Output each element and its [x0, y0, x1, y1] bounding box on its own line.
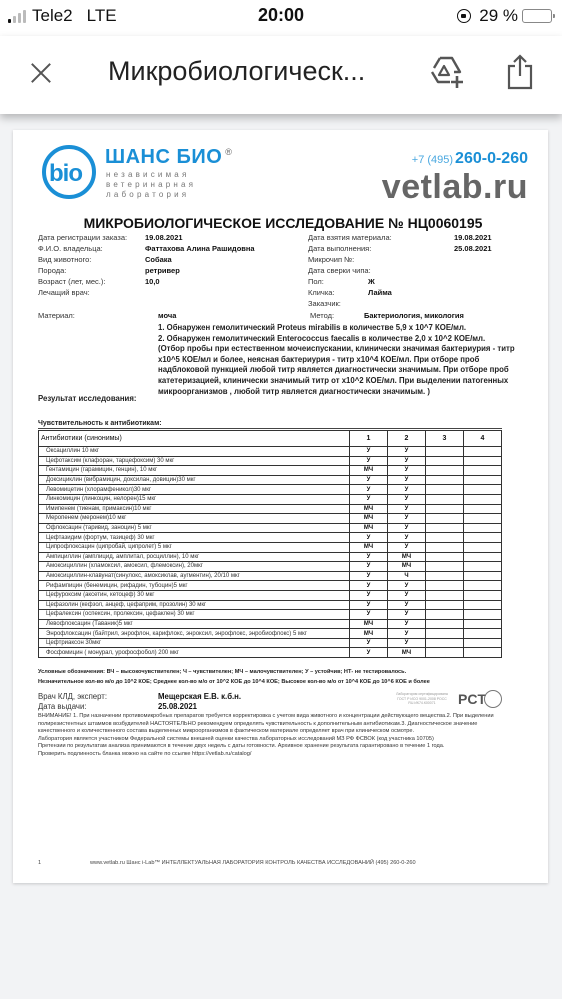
add-to-drive-icon[interactable]: [428, 56, 468, 90]
sensitivity-cell: У: [350, 475, 388, 485]
brand-subtitle-line: независимая: [106, 170, 196, 180]
brand-subtitle: независимая ветеринарная лаборатория: [106, 170, 196, 200]
note-fsvok: Лаборатория является участником Федераль…: [38, 736, 506, 744]
info-label: Пол:: [308, 276, 368, 287]
antibiotic-name: Левомицетин (хлорамфеникол)30 мкг: [39, 485, 350, 495]
brand-name-text: ШАНС БИО: [105, 146, 222, 168]
sensitivity-cell: [426, 610, 464, 620]
brand-subtitle-line: лаборатория: [106, 190, 196, 200]
info-label: Лечащий врач:: [38, 287, 145, 298]
sample-info: Дата взятия материала:19.08.2021Дата вып…: [308, 232, 492, 309]
registered-mark: ®: [225, 147, 232, 157]
antibiotic-name: Ампициллин (амплицид, амплитал, росцилли…: [39, 552, 350, 562]
sensitivity-cell: [426, 494, 464, 504]
antibiotic-name: Цефтриаксон 30мкг: [39, 638, 350, 648]
material-value: моча: [158, 311, 176, 320]
antibiotic-name: Цефалексин (оспексин, пролексин, цефакле…: [39, 610, 350, 620]
antibiotic-name: Меропенем (меронем)10 мкг: [39, 514, 350, 524]
sensitivity-cell: У: [388, 533, 426, 543]
antibiotic-name: Цефазолин (кефзол, анцеф, цефаприм, проз…: [39, 600, 350, 610]
notes: ВНИМАНИЕ! 1. При назначении противомикро…: [38, 713, 506, 759]
info-row: Возраст (лет, мес.):10,0: [38, 276, 255, 287]
result-line: (Отбор пробы при естественном мочеиспуск…: [158, 344, 528, 397]
info-label: Возраст (лет, мес.):: [38, 276, 145, 287]
info-label: Заказчик:: [308, 298, 454, 309]
antibiotic-name: Энрофлоксацин (байтрил, энрофлон, карифл…: [39, 629, 350, 639]
phone-number: 260-0-260: [455, 150, 528, 167]
sensitivity-cell: У: [350, 562, 388, 572]
info-label: Кличка:: [308, 287, 368, 298]
doctor-label: Врач КЛД, эксперт:: [38, 692, 158, 702]
method-value: Бактериология, микология: [364, 311, 464, 320]
sensitivity-cell: У: [350, 648, 388, 658]
sensitivity-cell: У: [388, 600, 426, 610]
info-value: 19.08.2021: [454, 232, 492, 243]
note-warning: ВНИМАНИЕ! 1. При назначении противомикро…: [38, 713, 506, 736]
sensitivity-cell: [426, 562, 464, 572]
sensitivity-cell: МЧ: [350, 629, 388, 639]
pdf-viewer[interactable]: bio ШАНС БИО® независимая ветеринарная л…: [0, 114, 562, 999]
info-label: Микрочип №:: [308, 254, 454, 265]
sensitivity-cell: [464, 619, 502, 629]
table-row: Оксациллин 10 мкгУУ: [39, 447, 502, 457]
column-header-2: 2: [388, 431, 426, 447]
info-row: Микрочип №:: [308, 254, 492, 265]
antibiotic-name: Линкомицин (линкоцин, нелорен)15 мкг: [39, 494, 350, 504]
sensitivity-cell: У: [350, 494, 388, 504]
table-row: Меропенем (меронем)10 мкгМЧУ: [39, 514, 502, 524]
doctor-value: Мещерская Е.В. к.б.н.: [158, 692, 241, 702]
sensitivity-cell: У: [388, 590, 426, 600]
logo-text: bio: [49, 160, 82, 188]
sensitivity-cell: [464, 504, 502, 514]
report-title: МИКРОБИОЛОГИЧЕСКОЕ ИССЛЕДОВАНИЕ № НЦ0060…: [38, 215, 528, 231]
info-row: Дата сверки чипа:: [308, 265, 492, 276]
sensitivity-cell: У: [350, 571, 388, 581]
brand-subtitle-line: ветеринарная: [106, 180, 196, 190]
table-row: Ципрофлоксацин (ципробай, ципролет) 5 мк…: [39, 542, 502, 552]
info-value: 25.08.2021: [454, 243, 492, 254]
info-row: Порода:ретривер: [38, 265, 255, 276]
sensitivity-cell: МЧ: [350, 523, 388, 533]
sensitivity-cell: У: [350, 581, 388, 591]
sensitivity-cell: [464, 610, 502, 620]
table-row: Цефтазидим (фортум, тазицеф) 30 мкгУУ: [39, 533, 502, 543]
sensitivity-cell: МЧ: [388, 648, 426, 658]
sensitivity-cell: [464, 590, 502, 600]
sensitivity-cell: [426, 648, 464, 658]
legend-quantities: Незначительное кол-во м/о до 10^2 КОЕ; С…: [38, 677, 430, 687]
column-header-antibiotic: Антибиотики (синонимы): [39, 431, 350, 447]
info-label: Дата регистрации заказа:: [38, 232, 145, 243]
column-header-3: 3: [426, 431, 464, 447]
legend: Условные обозначения: ВЧ – высокочувстви…: [38, 667, 430, 687]
table-row: Амоксициллин-клавунат(синулокс, амоксикл…: [39, 571, 502, 581]
sensitivity-cell: [464, 562, 502, 572]
antibiotic-name: Оксациллин 10 мкг: [39, 447, 350, 457]
info-row: Ф.И.О. владельца:Фаттахова Алина Рашидов…: [38, 243, 255, 254]
sensitivity-cell: [426, 571, 464, 581]
sensitivity-cell: [464, 494, 502, 504]
viewer-toolbar: Микробиологическ...: [0, 36, 562, 114]
pdf-page: bio ШАНС БИО® независимая ветеринарная л…: [13, 130, 548, 883]
info-label: Дата взятия материала:: [308, 232, 454, 243]
brand-name: ШАНС БИО®: [105, 146, 232, 169]
info-row: Кличка:Лайма: [308, 287, 492, 298]
sensitivity-cell: У: [350, 638, 388, 648]
sensitivity-cell: У: [388, 610, 426, 620]
sensitivity-cell: МЧ: [388, 562, 426, 572]
sensitivity-cell: У: [350, 447, 388, 457]
sensitivity-cell: У: [388, 629, 426, 639]
sensitivity-cell: МЧ: [350, 514, 388, 524]
sensitivity-cell: МЧ: [350, 466, 388, 476]
sensitivity-cell: У: [350, 485, 388, 495]
info-value: Собака: [145, 254, 172, 265]
status-bar: Tele2 LTE 20:00 29 %: [0, 0, 562, 36]
sensitivity-cell: [464, 466, 502, 476]
result-line: 2. Обнаружен гемолитический Enterococcus…: [158, 334, 528, 345]
sensitivity-cell: [426, 485, 464, 495]
legend-abbreviations: Условные обозначения: ВЧ – высокочувстви…: [38, 667, 430, 677]
sensitivity-cell: [426, 581, 464, 591]
battery-icon: [522, 9, 552, 23]
document-title: Микробиологическ...: [108, 56, 365, 87]
sensitivity-cell: У: [388, 494, 426, 504]
table-row: Гентамицин (гарамицин, генцин), 10 мкгМЧ…: [39, 466, 502, 476]
antibiotic-sensitivity-table: Антибиотики (синонимы) 1 2 3 4 Оксацилли…: [38, 430, 502, 658]
sensitivity-cell: [464, 447, 502, 457]
sensitivity-cell: [464, 638, 502, 648]
info-row: Дата регистрации заказа:19.08.2021: [38, 232, 255, 243]
sensitivity-cell: [464, 542, 502, 552]
antibiotic-name: Фосфомицин ( монурал, урофосфобол) 200 м…: [39, 648, 350, 658]
sensitivity-cell: У: [350, 552, 388, 562]
sensitivity-cell: У: [388, 581, 426, 591]
result-line: 1. Обнаружен гемолитический Proteus mira…: [158, 323, 528, 334]
sensitivity-cell: У: [388, 475, 426, 485]
note-claims: Претензии по результатам анализа принима…: [38, 743, 506, 751]
antibiotic-name: Доксициклин (вибрамицин, доксилан, довиц…: [39, 475, 350, 485]
info-value: 19.08.2021: [145, 232, 183, 243]
method-label: Метод:: [310, 311, 334, 320]
sensitivity-cell: У: [388, 619, 426, 629]
info-row: Лечащий врач:: [38, 287, 255, 298]
table-row: Амоксициллин (хламоксил, амоксил, флемок…: [39, 562, 502, 572]
sensitivity-cell: [464, 533, 502, 543]
info-value: Ж: [368, 276, 375, 287]
material-label: Материал:: [38, 311, 75, 320]
sensitivity-cell: [426, 504, 464, 514]
info-row: Дата выполнения:25.08.2021: [308, 243, 492, 254]
info-row: Пол:Ж: [308, 276, 492, 287]
table-row: Левофлоксацин (Таваник)5 мкгМЧУ: [39, 619, 502, 629]
info-label: Ф.И.О. владельца:: [38, 243, 145, 254]
sensitivity-cell: [426, 638, 464, 648]
sensitivity-cell: [426, 552, 464, 562]
footer-text: www.vetlab.ru Шанс i-Lab™ ИНТЕЛЛЕКТУАЛЬН…: [90, 860, 416, 866]
info-value: Лайма: [368, 287, 392, 298]
battery-percent: 29 %: [479, 6, 518, 26]
antibiotic-name: Амоксициллин-клавунат(синулокс, амоксикл…: [39, 571, 350, 581]
sensitivity-cell: У: [388, 523, 426, 533]
sensitivity-title: Чувствительность к антибиотикам:: [38, 420, 502, 429]
status-right: 29 %: [457, 6, 552, 26]
sensitivity-cell: [464, 600, 502, 610]
sensitivity-cell: [426, 590, 464, 600]
phone-prefix: +7 (495): [412, 154, 453, 166]
issue-date-value: 25.08.2021: [158, 702, 197, 712]
sensitivity-cell: [464, 571, 502, 581]
issue-date-label: Дата выдачи:: [38, 702, 158, 712]
sensitivity-cell: У: [388, 456, 426, 466]
table-row: Ампициллин (амплицид, амплитал, росцилли…: [39, 552, 502, 562]
table-row: Цефуроксим (аксетин, кетоцеф) 30 мкгУУ: [39, 590, 502, 600]
antibiotic-name: Левофлоксацин (Таваник)5 мкг: [39, 619, 350, 629]
column-header-4: 4: [464, 431, 502, 447]
close-icon[interactable]: [26, 58, 56, 88]
sensitivity-cell: [426, 523, 464, 533]
table-row: Цефазолин (кефзол, анцеф, цефаприм, проз…: [39, 600, 502, 610]
info-row: Заказчик:: [308, 298, 492, 309]
sensitivity-cell: У: [388, 485, 426, 495]
result-label: Результат исследования:: [38, 394, 137, 403]
antibiotic-name: Ципрофлоксацин (ципробай, ципролет) 5 мк…: [39, 542, 350, 552]
sensitivity-cell: [426, 600, 464, 610]
sensitivity-cell: МЧ: [350, 542, 388, 552]
table-row: Фосфомицин ( монурал, урофосфобол) 200 м…: [39, 648, 502, 658]
sensitivity-cell: МЧ: [350, 619, 388, 629]
sensitivity-cell: МЧ: [388, 552, 426, 562]
bio-logo-icon: bio: [42, 145, 96, 199]
info-row: Дата взятия материала:19.08.2021: [308, 232, 492, 243]
sensitivity-cell: [464, 475, 502, 485]
sensitivity-cell: [426, 533, 464, 543]
table-row: Цефотаксим (клафоран, тарцефоксим) 30 мк…: [39, 456, 502, 466]
antibiotic-name: Амоксициллин (хламоксил, амоксил, флемок…: [39, 562, 350, 572]
antibiotic-name: Имипенем (тиенам, примаксин)10 мкг: [39, 504, 350, 514]
sensitivity-cell: [464, 514, 502, 524]
sensitivity-cell: [464, 629, 502, 639]
sensitivity-cell: У: [388, 466, 426, 476]
sensitivity-cell: [464, 485, 502, 495]
note-verify: Проверить подлинность бланка можно на са…: [38, 751, 506, 759]
sensitivity-cell: У: [350, 533, 388, 543]
table-row: Имипенем (тиенам, примаксин)10 мкгМЧУ: [39, 504, 502, 514]
sensitivity-cell: [426, 456, 464, 466]
sensitivity-cell: У: [350, 600, 388, 610]
certification-text: Лаборатория сертифицирована ГОСТ Р ИСО 9…: [392, 692, 452, 706]
info-value: 10,0: [145, 276, 160, 287]
table-row: Левомицетин (хлорамфеникол)30 мкгУУ: [39, 485, 502, 495]
result-text: 1. Обнаружен гемолитический Proteus mira…: [158, 323, 528, 397]
table-row: Цефалексин (оспексин, пролексин, цефакле…: [39, 610, 502, 620]
sensitivity-cell: [426, 447, 464, 457]
rst-certification-icon: PCT: [458, 691, 482, 709]
info-label: Вид животного:: [38, 254, 145, 265]
lab-website: vetlab.ru: [382, 168, 528, 207]
sensitivity-cell: [426, 629, 464, 639]
sensitivity-cell: У: [388, 542, 426, 552]
sensitivity-cell: У: [388, 504, 426, 514]
info-value: Фаттахова Алина Рашидовна: [145, 243, 255, 254]
sensitivity-cell: МЧ: [350, 504, 388, 514]
sensitivity-cell: У: [388, 447, 426, 457]
sensitivity-cell: [426, 466, 464, 476]
table-row: Цефтриаксон 30мкгУУ: [39, 638, 502, 648]
certification-seal-icon: [484, 690, 502, 708]
sensitivity-cell: [464, 581, 502, 591]
sensitivity-cell: [426, 475, 464, 485]
lab-phone: +7 (495)260-0-260: [412, 150, 528, 168]
sensitivity-cell: У: [350, 456, 388, 466]
sensitivity-cell: У: [350, 610, 388, 620]
sensitivity-cell: [464, 456, 502, 466]
sensitivity-cell: [464, 523, 502, 533]
sensitivity-cell: У: [350, 590, 388, 600]
sensitivity-cell: [426, 514, 464, 524]
antibiotic-name: Офлоксацин (таривид, заноцин) 5 мкг: [39, 523, 350, 533]
page-number: 1: [38, 860, 41, 866]
antibiotic-name: Цефтазидим (фортум, тазицеф) 30 мкг: [39, 533, 350, 543]
sensitivity-cell: У: [388, 514, 426, 524]
sensitivity-cell: [426, 619, 464, 629]
info-label: Дата выполнения:: [308, 243, 454, 254]
sensitivity-cell: [426, 542, 464, 552]
antibiotic-name: Цефуроксим (аксетин, кетоцеф) 30 мкг: [39, 590, 350, 600]
rotation-lock-icon: [457, 9, 471, 23]
antibiotic-name: Гентамицин (гарамицин, генцин), 10 мкг: [39, 466, 350, 476]
table-row: Энрофлоксацин (байтрил, энрофлон, карифл…: [39, 629, 502, 639]
table-row: Рифампицин (бенемицин, рифадин, тубоцин)…: [39, 581, 502, 591]
table-row: Линкомицин (линкоцин, нелорен)15 мкгУУ: [39, 494, 502, 504]
sensitivity-cell: [464, 648, 502, 658]
info-label: Порода:: [38, 265, 145, 276]
signature-block: Врач КЛД, эксперт:Мещерская Е.В. к.б.н. …: [38, 692, 241, 712]
sensitivity-cell: У: [388, 638, 426, 648]
table-header-row: Антибиотики (синонимы) 1 2 3 4: [39, 431, 502, 447]
column-header-1: 1: [350, 431, 388, 447]
share-icon[interactable]: [505, 52, 535, 92]
table-row: Доксициклин (вибрамицин, доксилан, довиц…: [39, 475, 502, 485]
info-value: ретривер: [145, 265, 180, 276]
info-label: Дата сверки чипа:: [308, 265, 454, 276]
patient-info: Дата регистрации заказа:19.08.2021Ф.И.О.…: [38, 232, 255, 298]
antibiotic-name: Цефотаксим (клафоран, тарцефоксим) 30 мк…: [39, 456, 350, 466]
info-row: Вид животного:Собака: [38, 254, 255, 265]
table-row: Офлоксацин (таривид, заноцин) 5 мкгМЧУ: [39, 523, 502, 533]
sensitivity-cell: [464, 552, 502, 562]
sensitivity-cell: Ч: [388, 571, 426, 581]
antibiotic-name: Рифампицин (бенемицин, рифадин, тубоцин)…: [39, 581, 350, 591]
